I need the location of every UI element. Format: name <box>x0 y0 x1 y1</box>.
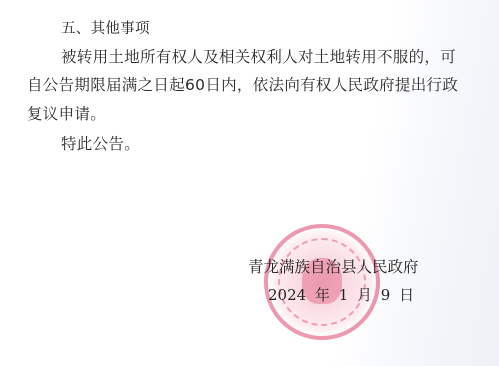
issue-date: 2024 年 1 月 9 日 <box>268 284 414 305</box>
section-heading: 五、其他事项 <box>61 19 150 39</box>
issuer-name: 青龙满族自治县人民政府 <box>248 255 419 277</box>
paragraph-line: 被转用土地所有权人及相关权利人对土地转用不服的，可 <box>61 47 456 67</box>
paragraph-line: 复议申请。 <box>27 104 106 124</box>
paragraph-line: 自公告期限届满之日起60日内，依法向有权人民政府提出行政 <box>27 75 458 95</box>
closing-statement: 特此公告。 <box>61 134 140 154</box>
official-seal-icon <box>264 224 380 340</box>
